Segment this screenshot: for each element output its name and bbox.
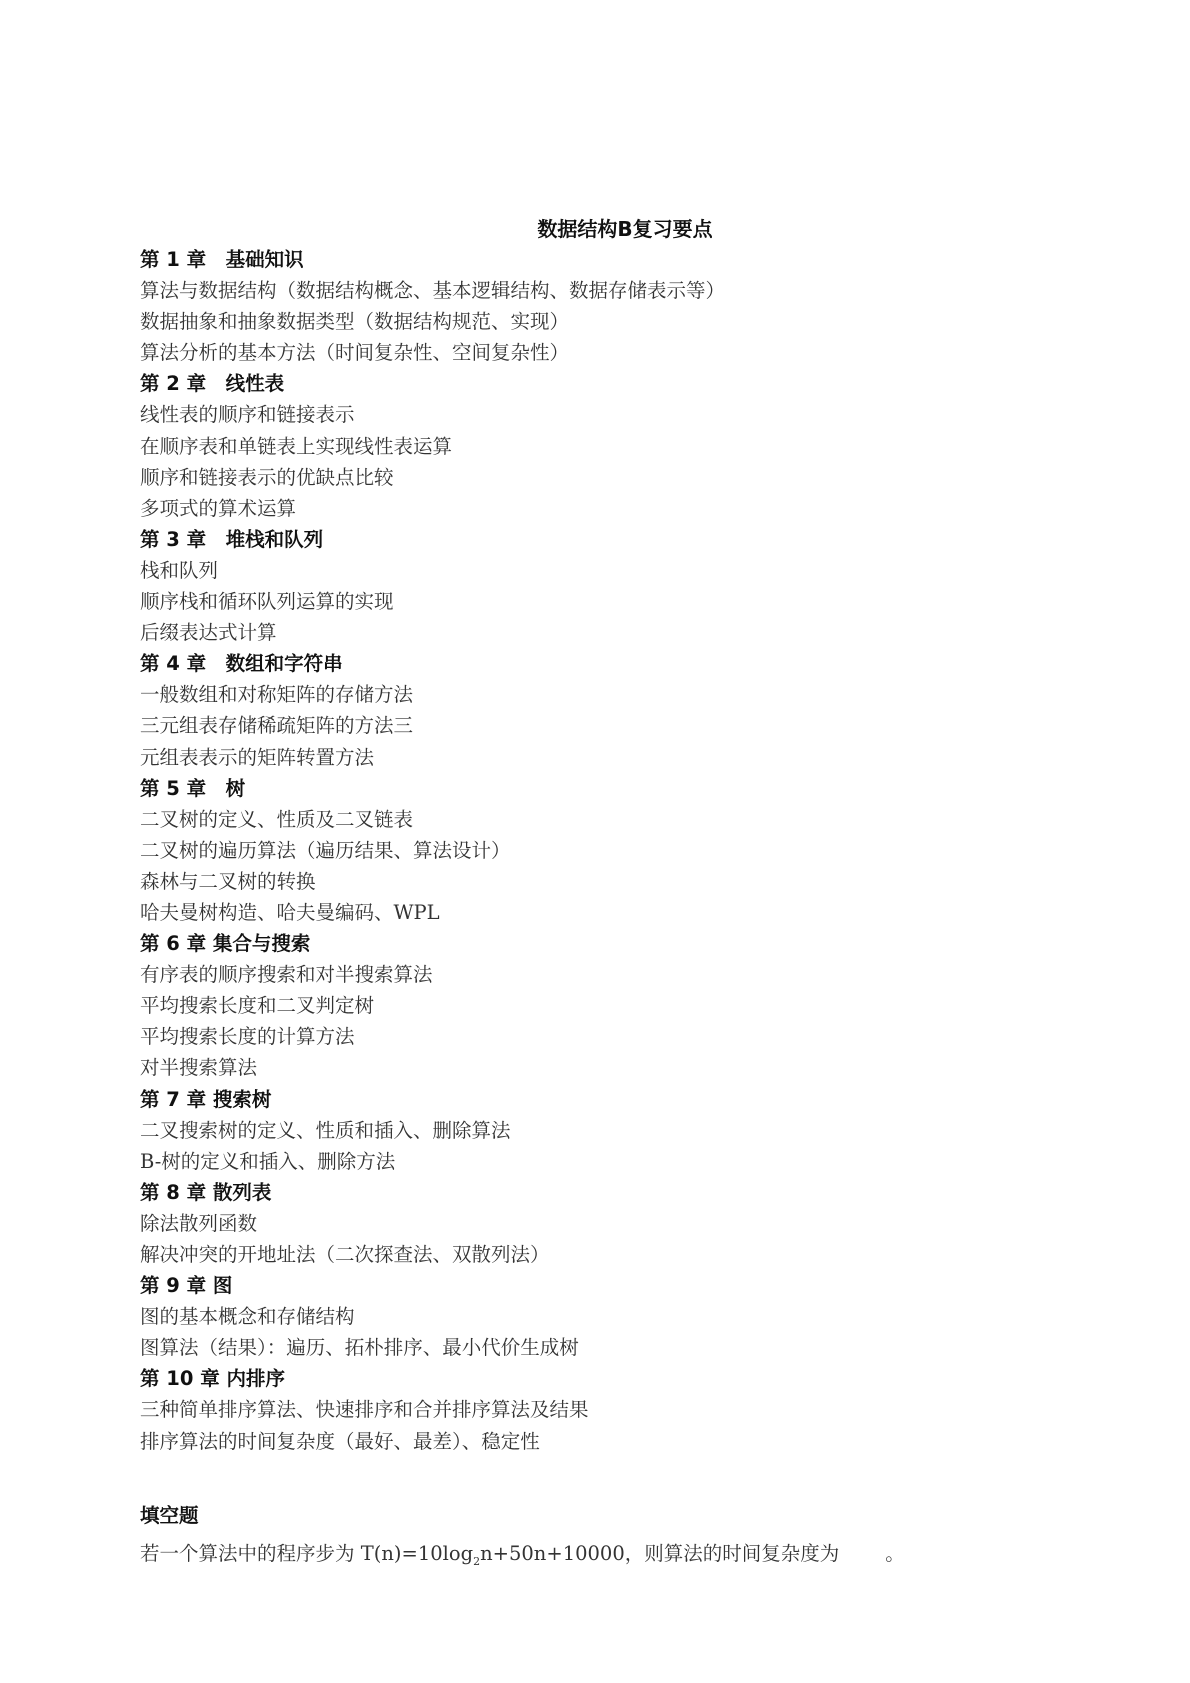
question-suffix: n+50n+10000，则算法的时间复杂度为 [480,1542,839,1565]
chapter-heading: 第 3 章 堆栈和队列 [140,524,1100,555]
chapter-item: 元组表表示的矩阵转置方法 [140,742,1100,773]
chapter-heading: 第 6 章 集合与搜索 [140,928,1100,959]
chapter-item: 平均搜索长度和二叉判定树 [140,990,1100,1021]
chapter-item: 数据抽象和抽象数据类型（数据结构规范、实现） [140,306,1100,337]
chapter-item: 平均搜索长度的计算方法 [140,1021,1100,1052]
chapter-item: 一般数组和对称矩阵的存储方法 [140,679,1100,710]
chapter-item: 森林与二叉树的转换 [140,866,1100,897]
chapter-item: B-树的定义和插入、删除方法 [140,1146,1100,1177]
chapter-list: 第 1 章 基础知识算法与数据结构（数据结构概念、基本逻辑结构、数据存储表示等）… [140,244,1100,1457]
chapter-heading: 第 1 章 基础知识 [140,244,1100,275]
chapter-item: 图算法（结果）：遍历、拓朴排序、最小代价生成树 [140,1332,1100,1363]
fill-in-blank-heading: 填空题 [140,1500,199,1528]
chapter-heading: 第 9 章 图 [140,1270,1100,1301]
document-page: 数据结构B复习要点 第 1 章 基础知识算法与数据结构（数据结构概念、基本逻辑结… [0,0,1190,1683]
chapter-item: 三种简单排序算法、快速排序和合并排序算法及结果 [140,1394,1100,1425]
question-prefix: 若一个算法中的程序步为 T(n)=10log [140,1542,473,1565]
chapter-item: 多项式的算术运算 [140,493,1100,524]
chapter-item: 三元组表存储稀疏矩阵的方法三 [140,710,1100,741]
chapter-item: 二叉树的遍历算法（遍历结果、算法设计） [140,835,1100,866]
chapter-heading: 第 10 章 内排序 [140,1363,1100,1394]
chapter-item: 在顺序表和单链表上实现线性表运算 [140,431,1100,462]
chapter-item: 除法散列函数 [140,1208,1100,1239]
chapter-item: 有序表的顺序搜索和对半搜索算法 [140,959,1100,990]
chapter-item: 对半搜索算法 [140,1052,1100,1083]
chapter-item: 排序算法的时间复杂度（最好、最差）、稳定性 [140,1426,1100,1457]
chapter-item: 算法分析的基本方法（时间复杂性、空间复杂性） [140,337,1100,368]
chapter-item: 栈和队列 [140,555,1100,586]
chapter-heading: 第 2 章 线性表 [140,368,1100,399]
chapter-item: 顺序和链接表示的优缺点比较 [140,462,1100,493]
fill-in-blank-question: 若一个算法中的程序步为 T(n)=10log2n+50n+10000，则算法的时… [140,1538,905,1568]
chapter-item: 算法与数据结构（数据结构概念、基本逻辑结构、数据存储表示等） [140,275,1100,306]
chapter-item: 解决冲突的开地址法（二次探查法、双散列法） [140,1239,1100,1270]
chapter-item: 哈夫曼树构造、哈夫曼编码、WPL [140,897,1100,928]
chapter-heading: 第 4 章 数组和字符串 [140,648,1100,679]
question-end: 。 [885,1542,905,1565]
chapter-item: 线性表的顺序和链接表示 [140,399,1100,430]
chapter-heading: 第 8 章 散列表 [140,1177,1100,1208]
chapter-item: 顺序栈和循环队列运算的实现 [140,586,1100,617]
chapter-heading: 第 7 章 搜索树 [140,1084,1100,1115]
chapter-item: 二叉树的定义、性质及二叉链表 [140,804,1100,835]
chapter-item: 后缀表达式计算 [140,617,1100,648]
document-title: 数据结构B复习要点 [0,213,1190,242]
chapter-item: 图的基本概念和存储结构 [140,1301,1100,1332]
chapter-heading: 第 5 章 树 [140,773,1100,804]
chapter-item: 二叉搜索树的定义、性质和插入、删除算法 [140,1115,1100,1146]
